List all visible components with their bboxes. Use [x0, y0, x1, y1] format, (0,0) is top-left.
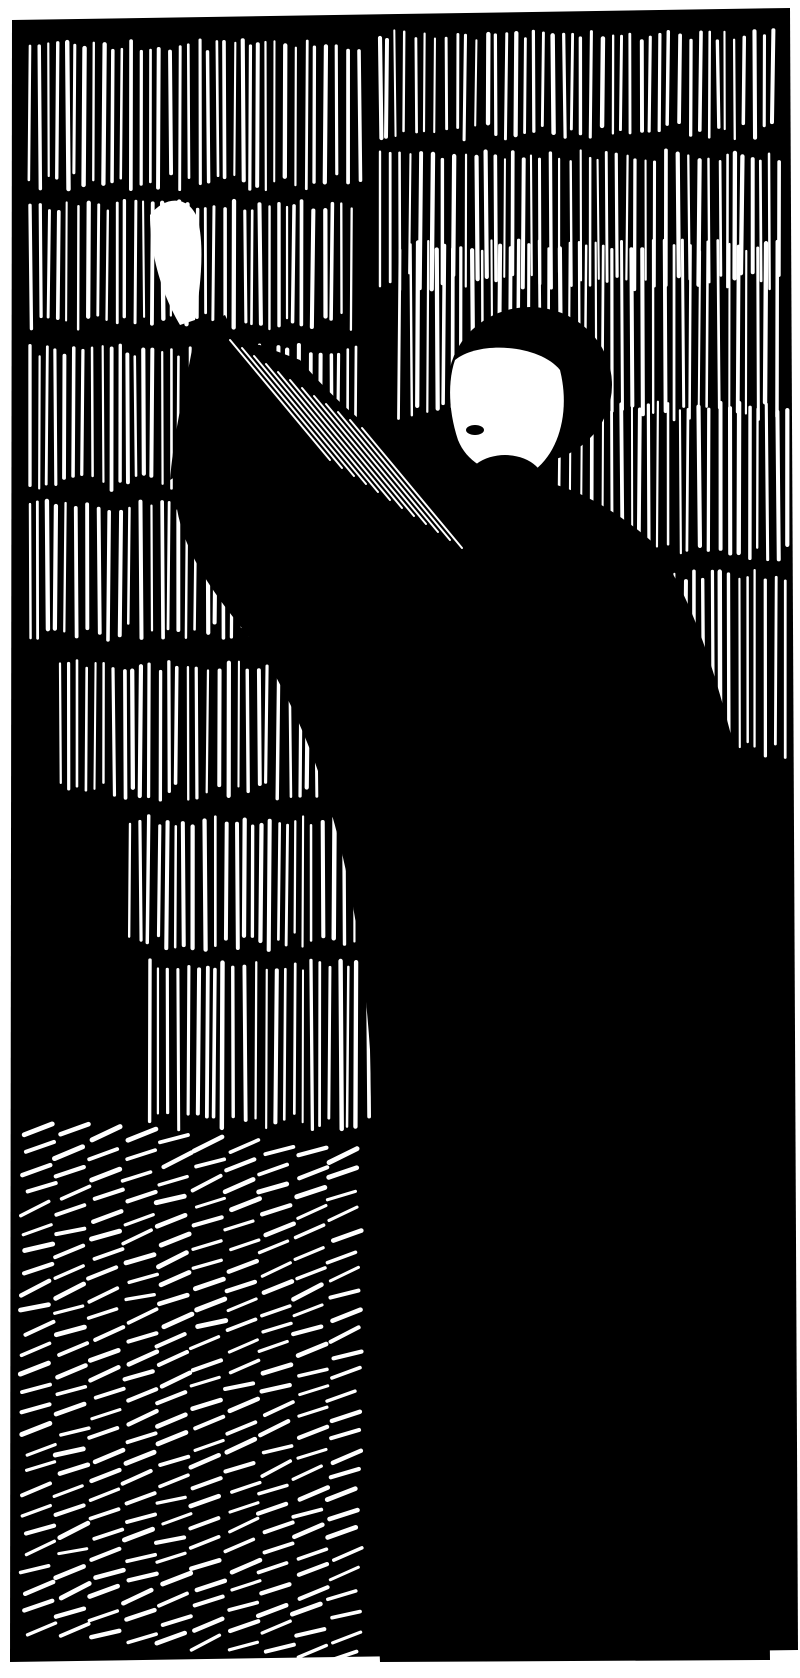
woodcut-artwork [0, 0, 800, 1678]
beard [465, 455, 545, 515]
eye [466, 425, 484, 435]
face [450, 348, 564, 474]
